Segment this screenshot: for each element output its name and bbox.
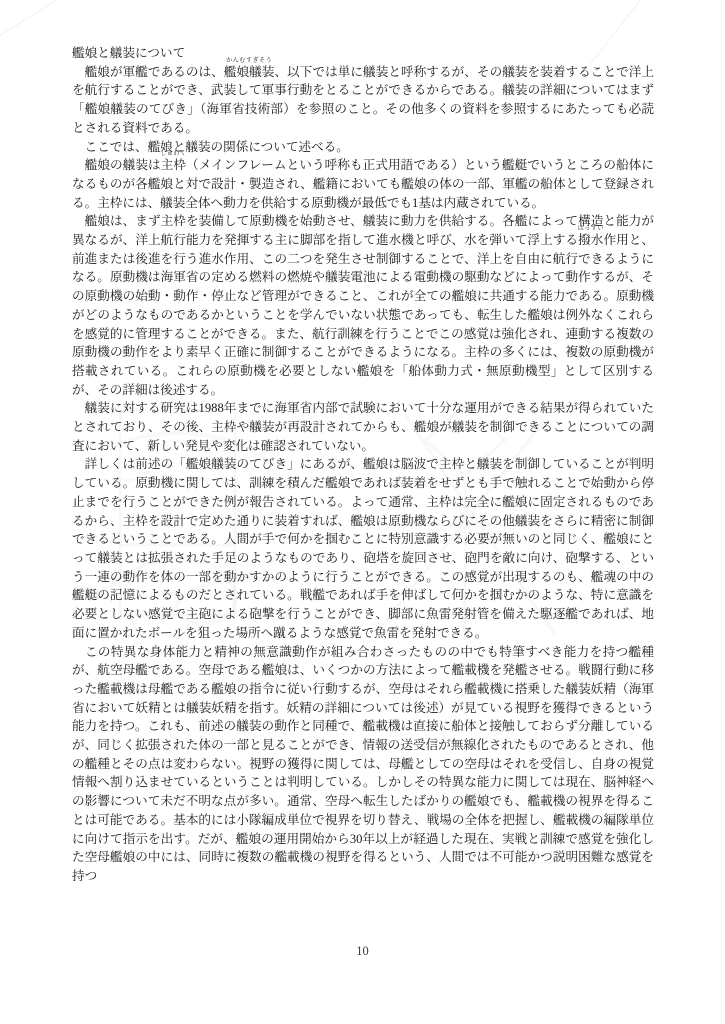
paragraph: 艦娘は、まず主枠を装備して原動機を始動させ、艤装に動力を供給する。各艦によって構… xyxy=(72,212,654,399)
scan-artifact-top-left xyxy=(0,0,57,37)
document-body: 艦娘と艤装について 艦娘が軍艦であるのは、艦娘艤装かんむすぎそう、以下では単に艤… xyxy=(72,44,654,886)
paragraph: 艦娘の艤装は主枠しゅわく（メインフレームという呼称も正式用語である）という艦艇で… xyxy=(72,156,654,212)
ruby-annotation: 艦娘艤装かんむすぎそう xyxy=(224,65,275,79)
paragraph: 詳しくは前述の「艦娘艤装のてびき」にあるが、艦娘は脳波で主枠と艤装を制御している… xyxy=(72,455,654,642)
paragraph: 艤装に対する研究は1988年までに海軍省内部で試験において十分な運用ができる結果… xyxy=(72,399,654,455)
ruby-annotation: 撥水はっすい xyxy=(578,233,603,247)
paragraph: 艦娘が軍艦であるのは、艦娘艤装かんむすぎそう、以下では単に艤装と呼称するが、その… xyxy=(72,63,654,138)
document-page: 艦娘と艤装について 艦娘が軍艦であるのは、艦娘艤装かんむすぎそう、以下では単に艤… xyxy=(0,0,725,1024)
paragraph: この特異な身体能力と精神の無意識動作が組み合わさったものの中でも特筆すべき能力を… xyxy=(72,643,654,886)
page-number: 10 xyxy=(0,944,725,959)
ruby-annotation: 主枠しゅわく xyxy=(161,158,186,172)
section-heading: 艦娘と艤装について xyxy=(72,44,654,63)
